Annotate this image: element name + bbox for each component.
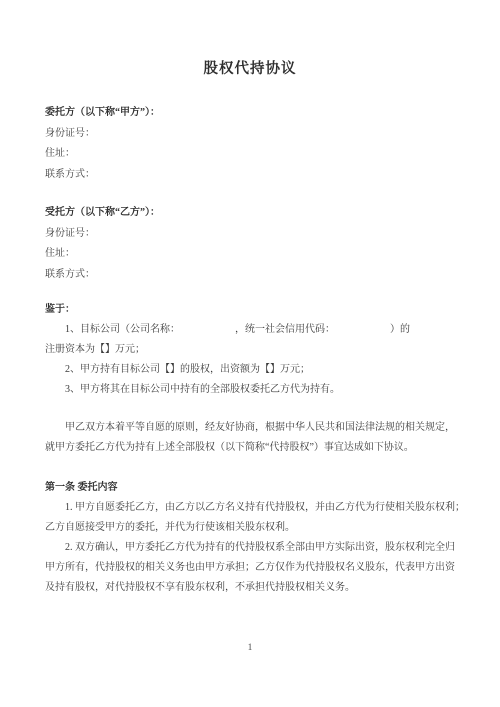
article-1-clause-2-end: 及持有股权，对代持股权不享有股东权利，不承担代持股权相关义务。	[45, 578, 455, 598]
party-b-heading: 受托方（以下称“乙方”）：	[45, 203, 455, 224]
preamble-line-2: 就甲方委托乙方代为持有上述全部股权（以下简称“代持股权”）事宜达成如下协议。	[45, 438, 455, 458]
whereas-item-1-continued: 注册资本为【】万元；	[45, 340, 455, 360]
party-b-section: 受托方（以下称“乙方”）： 身份证号： 住址： 联系方式：	[45, 203, 455, 285]
party-b-address-field: 住址：	[45, 244, 455, 265]
whereas-heading: 鉴于：	[45, 300, 455, 320]
article-1-clause-1-continued: 乙方自愿接受甲方的委托，并代为行使该相关股东权利。	[45, 518, 455, 538]
preamble-paragraph: 甲乙双方本着平等自愿的原则，经友好协商，根据中华人民共和国法律法规的相关规定， …	[45, 418, 455, 458]
whereas-item-1: 1、目标公司（公司名称： ，统一社会信用代码： ）的	[45, 320, 455, 340]
whereas-section: 鉴于： 1、目标公司（公司名称： ，统一社会信用代码： ）的 注册资本为【】万元…	[45, 300, 455, 400]
article-1-clause-2: 2. 双方确认，甲方委托乙方代为持有的代持股权系全部由甲方实际出资，股东权利完全…	[45, 538, 455, 558]
article-1-clause-1: 1. 甲方自愿委托乙方，由乙方以乙方名义持有代持股权，并由乙方代为行使相关股东权…	[45, 498, 455, 518]
doc-title: 股权代持协议	[45, 0, 455, 78]
article-1-clause-2-continued: 甲方所有，代持股权的相关义务也由甲方承担；乙方仅作为代持股权名义股东，代表甲方出…	[45, 558, 455, 578]
party-a-id-field: 身份证号：	[45, 124, 455, 145]
article-1-section: 第一条 委托内容 1. 甲方自愿委托乙方，由乙方以乙方名义持有代持股权，并由乙方…	[45, 478, 455, 598]
whereas-item-2: 2、甲方持有目标公司【】的股权，出资额为【】万元；	[45, 360, 455, 380]
document-page: 股权代持协议 委托方（以下称“甲方”）： 身份证号： 住址： 联系方式： 受托方…	[0, 0, 500, 707]
party-a-contact-field: 联系方式：	[45, 165, 455, 186]
document-content: 股权代持协议 委托方（以下称“甲方”）： 身份证号： 住址： 联系方式： 受托方…	[0, 0, 500, 656]
preamble-line-1: 甲乙双方本着平等自愿的原则，经友好协商，根据中华人民共和国法律法规的相关规定，	[45, 418, 455, 438]
party-b-contact-field: 联系方式：	[45, 265, 455, 286]
party-a-section: 委托方（以下称“甲方”）： 身份证号： 住址： 联系方式：	[45, 103, 455, 185]
whereas-item-3: 3、甲方将其在目标公司中持有的全部股权委托乙方代为持有。	[45, 380, 455, 400]
article-1-heading: 第一条 委托内容	[45, 478, 455, 498]
party-b-id-field: 身份证号：	[45, 224, 455, 245]
party-a-heading: 委托方（以下称“甲方”）：	[45, 103, 455, 124]
page-number: 1	[45, 640, 455, 656]
party-a-address-field: 住址：	[45, 144, 455, 165]
